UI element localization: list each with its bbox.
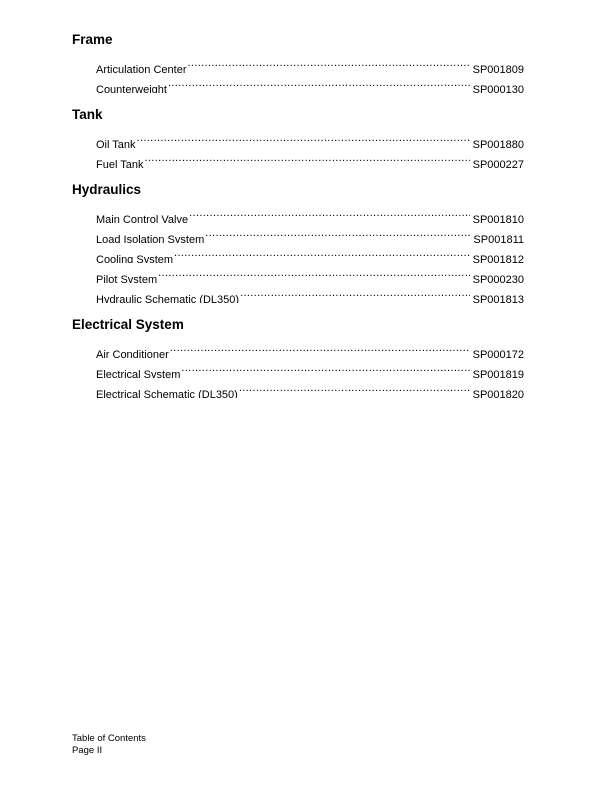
entry-title: Electrical System xyxy=(96,365,180,378)
dot-leader xyxy=(168,73,470,93)
entry-code: SP000130 xyxy=(471,80,524,93)
entry-title: Air Conditioner xyxy=(96,345,169,358)
toc-entry[interactable]: Articulation Center SP001809 xyxy=(96,53,524,73)
entry-title: Electrical Schematic (DL350) xyxy=(96,385,238,398)
dot-leader xyxy=(189,203,469,223)
toc-entry[interactable]: Electrical System SP001819 xyxy=(96,358,524,378)
section-frame: Frame Articulation Center SP001809 Count… xyxy=(72,31,524,93)
section-electrical-system: Electrical System Air Conditioner SP0001… xyxy=(72,316,524,398)
entry-title: Counterweight xyxy=(96,80,167,93)
dot-leader xyxy=(145,148,470,168)
entry-title: Hydraulic Schematic (DL350) xyxy=(96,290,239,303)
section-title: Electrical System xyxy=(72,316,524,334)
entry-title: Load Isolation System xyxy=(96,230,204,243)
entry-title: Cooling System xyxy=(96,250,173,263)
toc-entry[interactable]: Counterweight SP000130 xyxy=(96,73,524,93)
toc-entry[interactable]: Load Isolation System SP001811 xyxy=(96,223,524,243)
toc-entry[interactable]: Hydraulic Schematic (DL350) SP001813 xyxy=(96,283,524,303)
section-title: Hydraulics xyxy=(72,181,524,199)
entry-title: Articulation Center xyxy=(96,60,187,73)
dot-leader xyxy=(137,128,470,148)
section-title: Frame xyxy=(72,31,524,49)
footer-page-number: Page II xyxy=(72,745,146,757)
entry-code: SP001819 xyxy=(471,365,524,378)
entry-code: SP001811 xyxy=(471,230,524,243)
dot-leader xyxy=(170,338,470,358)
entry-title: Main Control Valve xyxy=(96,210,188,223)
entry-code: SP000172 xyxy=(471,345,524,358)
toc-entry[interactable]: Cooling System SP001812 xyxy=(96,243,524,263)
entry-title: Oil Tank xyxy=(96,135,136,148)
dot-leader xyxy=(239,378,470,398)
entry-code: SP000230 xyxy=(471,270,524,283)
dot-leader xyxy=(181,358,469,378)
entry-code: SP001820 xyxy=(471,385,524,398)
dot-leader xyxy=(158,263,469,283)
entry-title: Fuel Tank xyxy=(96,155,144,168)
toc-entry[interactable]: Oil Tank SP001880 xyxy=(96,128,524,148)
entry-code: SP000227 xyxy=(471,155,524,168)
dot-leader xyxy=(174,243,470,263)
page-footer: Table of Contents Page II xyxy=(72,733,146,757)
toc-entry[interactable]: Pilot System SP000230 xyxy=(96,263,524,283)
dot-leader xyxy=(240,283,470,303)
toc-entry[interactable]: Fuel Tank SP000227 xyxy=(96,148,524,168)
section-title: Tank xyxy=(72,106,524,124)
entry-code: SP001812 xyxy=(471,250,524,263)
entry-code: SP001809 xyxy=(471,60,524,73)
section-tank: Tank Oil Tank SP001880 Fuel Tank SP00022… xyxy=(72,106,524,168)
section-hydraulics: Hydraulics Main Control Valve SP001810 L… xyxy=(72,181,524,303)
dot-leader xyxy=(188,53,470,73)
entry-code: SP001810 xyxy=(471,210,524,223)
entry-code: SP001813 xyxy=(471,290,524,303)
toc-entry[interactable]: Electrical Schematic (DL350) SP001820 xyxy=(96,378,524,398)
entry-code: SP001880 xyxy=(471,135,524,148)
toc-entry[interactable]: Air Conditioner SP000172 xyxy=(96,338,524,358)
table-of-contents: Frame Articulation Center SP001809 Count… xyxy=(72,31,524,411)
footer-document-label: Table of Contents xyxy=(72,733,146,745)
dot-leader xyxy=(205,223,470,243)
toc-entry[interactable]: Main Control Valve SP001810 xyxy=(96,203,524,223)
entry-title: Pilot System xyxy=(96,270,157,283)
